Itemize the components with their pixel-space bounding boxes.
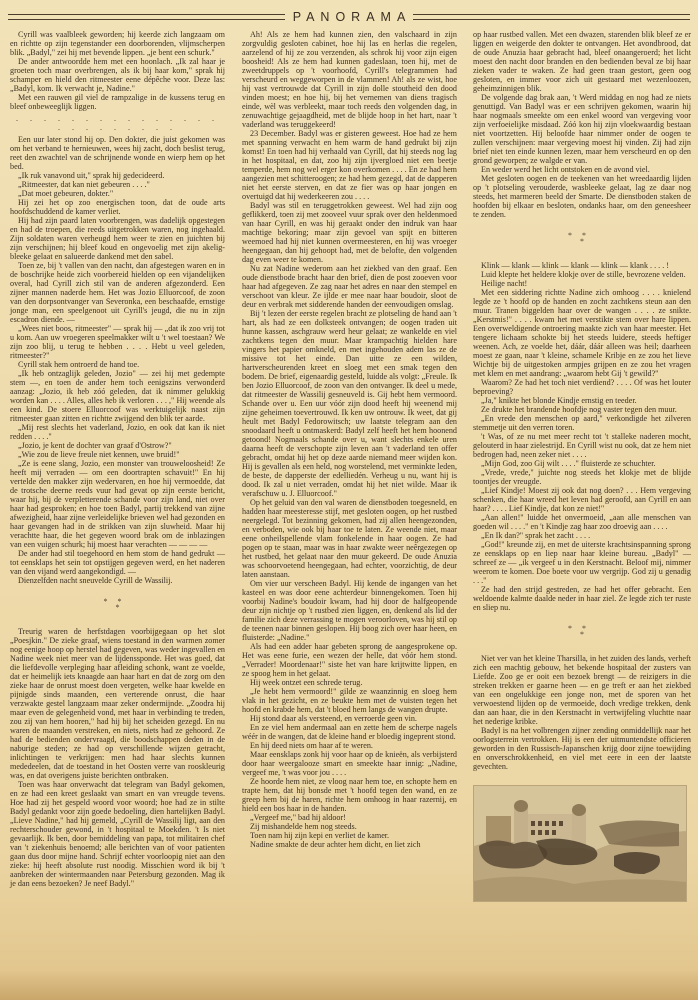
paragraph: Waarom? Ze had het toch niet verdiend? .… <box>473 378 691 396</box>
paragraph: Met een rauwen gil viel de rampzalige in… <box>10 93 225 111</box>
section-dot-separator: . . . . . . . . . . . . . . . . . . . . … <box>10 114 225 132</box>
paragraph: Badyl is na het volbrengen zijner zendin… <box>473 726 691 771</box>
paragraph: Toen was haar onverwacht dat telegram va… <box>10 780 225 888</box>
paragraph: Hij stond daar als versteend, en verroer… <box>242 714 457 723</box>
column-2: Ah! Als ze hem had kunnen zien, den vals… <box>242 30 457 849</box>
paragraph: Luid klepte het heldere klokje over de s… <box>473 270 691 279</box>
castle-image-icon <box>474 786 686 901</box>
paragraph: En ze viel hem andermaal aan en zette he… <box>242 723 457 741</box>
paragraph: Toen nam hij zijn kepi en verliet de kam… <box>242 831 457 840</box>
paragraph: Niet ver van het kleine Tharsilla, in he… <box>473 654 691 726</box>
asterism-separator: *** <box>10 599 225 611</box>
header-rule-right <box>413 14 690 20</box>
paragraph: Treurig waren de herfstdagen voorbijgega… <box>10 627 225 780</box>
paragraph: „Mij rest slechts het vaderland, Jozio, … <box>10 423 225 441</box>
paragraph: Badyl was stil en teruggetrokken geweest… <box>242 201 457 264</box>
article-columns: Cyrill was vaalbleek geworden; hij keerd… <box>10 30 690 970</box>
asterism-bottom: * <box>473 239 691 245</box>
paragraph: De volgende dag brak aan, 't Werd middag… <box>473 93 691 165</box>
column-1: Cyrill was vaalbleek geworden; hij keerd… <box>10 30 225 888</box>
paragraph: „Dat moet gebeuren, dokter." <box>10 189 225 198</box>
paragraph: Om vier uur verscheen Badyl. Hij kende d… <box>242 579 457 642</box>
asterism-separator: *** <box>473 233 691 245</box>
paragraph: Hij zei het op zoo energischen toon, dat… <box>10 198 225 216</box>
header-rule-left <box>8 14 285 20</box>
paragraph: En weder werd het licht ontstoken en de … <box>473 165 691 174</box>
asterism-bottom: * <box>473 632 691 638</box>
paragraph: Als had een adder haar gebeten sprong de… <box>242 642 457 678</box>
paragraph: Maar eensklaps zonk hij voor haar op de … <box>242 750 457 777</box>
paragraph: Toen ze, bij 't vallen van den nacht, da… <box>10 261 225 324</box>
paragraph: Nadine smakte de deur achter hem dicht, … <box>242 840 457 849</box>
paragraph: Hij had zijn paard laten voorbrengen, wa… <box>10 216 225 261</box>
paragraph: „Wees niet boos, ritmeester" — sprak hij… <box>10 324 225 360</box>
column-3: op haar rustbed vallen. Met een dwazen, … <box>473 30 691 902</box>
paragraph: „Jozio, je kent de dochter van graaf d'O… <box>10 441 225 450</box>
paragraph: Dienzelfden nacht sneuvelde Cyrill de Wa… <box>10 576 225 585</box>
paragraph: „Aan allen!" luidde het onvermoeid, „aan… <box>473 513 691 531</box>
paragraph: Ze hoorde hem niet, ze vloog naar hem to… <box>242 777 457 813</box>
paragraph: Klink — klank — klink — klank — klink — … <box>473 261 691 270</box>
paragraph: „Wie zou de lieve freule niet kennen, uw… <box>10 450 225 459</box>
paragraph: Ah! Als ze hem had kunnen zien, den vals… <box>242 30 457 129</box>
paragraph: 't Was, of ze nu met meer recht tot 't s… <box>473 432 691 459</box>
paragraph: op haar rustbed vallen. Met een dwazen, … <box>473 30 691 93</box>
paragraph: 23 December. Badyl was er gisteren gewee… <box>242 129 457 201</box>
paragraph: Zij mishandelde hem nog steeds. <box>242 822 457 831</box>
asterism-separator: *** <box>473 626 691 638</box>
masthead-title: PANORAMA <box>285 10 414 24</box>
paragraph: Op het geluid van den val waren de diens… <box>242 498 457 579</box>
paragraph: Met gesloten oogen en de teekenen van he… <box>473 174 691 219</box>
paragraph: Ze drukte het brandende hoofdje nog vast… <box>473 405 691 414</box>
paragraph: „Lief Kindje! Moest zij ook dat nog doen… <box>473 486 691 513</box>
paragraph: „God!" kreunde zij, en met de uiterste k… <box>473 540 691 585</box>
paragraph: „Ja," knikte het blonde Kindje ernstig e… <box>473 396 691 405</box>
castle-illustration <box>473 785 687 902</box>
paragraph: Een uur later stond hij op. Den dokter, … <box>10 135 225 171</box>
paragraph: De ander antwoordde hem met een hoonlach… <box>10 57 225 93</box>
paragraph: „En vrede den menschen op aard," verkond… <box>473 414 691 432</box>
paragraph: Cyrill was vaalbleek geworden; hij keerd… <box>10 30 225 57</box>
paragraph: Nu zat Nadine wederom aan het ziekbed va… <box>242 264 457 309</box>
paragraph: „Ritmeester, dat kan niet gebeuren . . .… <box>10 180 225 189</box>
paragraph: „Ik heb ontzaglijk geleden, Jozio" — zei… <box>10 369 225 423</box>
paragraph: Cyrill stak hem ontroerd de hand toe. <box>10 360 225 369</box>
paragraph: „En Ik dan?" sprak het zacht . . . . <box>473 531 691 540</box>
paragraph: „Vrede, vrede," juichte nog steeds het k… <box>473 468 691 486</box>
asterism-bottom: * <box>10 605 225 611</box>
paragraph: „Vergeef me," bad hij aldoor! <box>242 813 457 822</box>
paragraph: Ze had den strijd gestreden, ze had het … <box>473 585 691 612</box>
paragraph: En hij deed niets om haar af te weren. <box>242 741 457 750</box>
paragraph: Met een siddering richtte Nadine zich om… <box>473 288 691 378</box>
paragraph: De ander had stil toegehoord en hem stom… <box>10 549 225 576</box>
paragraph: „Ze is eene slang, Jozio, een monster va… <box>10 459 225 549</box>
page-header: PANORAMA <box>8 10 690 24</box>
paragraph: Hij week ontzet een schrede terug. <box>242 678 457 687</box>
paragraph: „Je hebt hem vermoord!" gilde ze waanzin… <box>242 687 457 714</box>
paragraph: „Ik ruk vanavond uit," sprak hij gedecid… <box>10 171 225 180</box>
paragraph: „Mijn God, zoo Gij wilt . . . ." fluiste… <box>473 459 691 468</box>
paragraph: Bij 't lezen der eerste regelen bracht z… <box>242 309 457 498</box>
paragraph: Heilige nacht! <box>473 279 691 288</box>
